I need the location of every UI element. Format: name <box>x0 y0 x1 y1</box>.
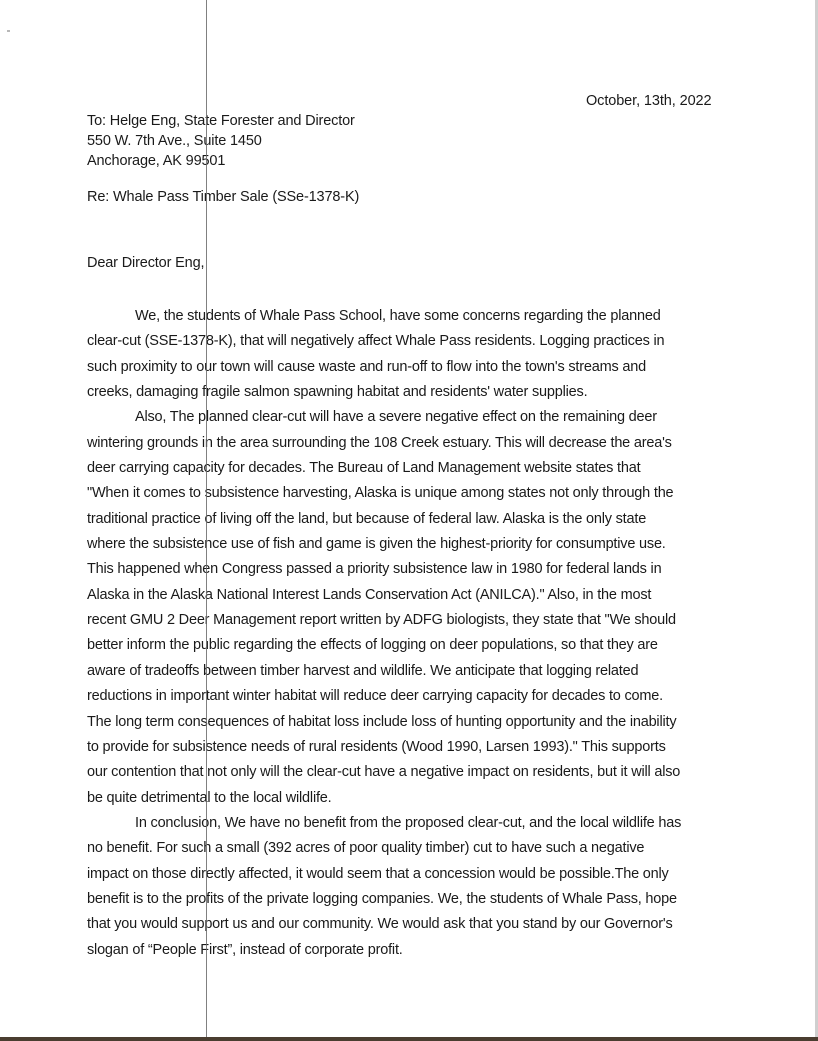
body-line: Also, The planned clear-cut will have a … <box>87 405 717 430</box>
letter-date: October, 13th, 2022 <box>586 93 711 109</box>
subject-line: Re: Whale Pass Timber Sale (SSe-1378-K) <box>87 189 359 205</box>
body-line: The long term consequences of habitat lo… <box>87 710 717 735</box>
body-line: our contention that not only will the cl… <box>87 760 717 785</box>
recipient-address: To: Helge Eng, State Forester and Direct… <box>87 111 355 171</box>
scan-artifact-line <box>206 0 207 1037</box>
scan-speck <box>7 30 10 32</box>
body-line: "When it comes to subsistence harvesting… <box>87 481 717 506</box>
body-line: to provide for subsistence needs of rura… <box>87 735 717 760</box>
body-line: We, the students of Whale Pass School, h… <box>87 304 717 329</box>
body-line: recent GMU 2 Deer Management report writ… <box>87 608 717 633</box>
body-line: In conclusion, We have no benefit from t… <box>87 811 717 836</box>
body-line: reductions in important winter habitat w… <box>87 684 717 709</box>
scanned-letter-page: October, 13th, 2022 To: Helge Eng, State… <box>0 0 815 1037</box>
body-line: be quite detrimental to the local wildli… <box>87 786 717 811</box>
body-line: traditional practice of living off the l… <box>87 507 717 532</box>
body-line: where the subsistence use of fish and ga… <box>87 532 717 557</box>
recipient-line: Anchorage, AK 99501 <box>87 151 355 171</box>
body-line: wintering grounds in the area surroundin… <box>87 431 717 456</box>
body-line: slogan of “People First”, instead of cor… <box>87 938 717 963</box>
body-line: deer carrying capacity for decades. The … <box>87 456 717 481</box>
body-line: that you would support us and our commun… <box>87 912 717 937</box>
body-line: Alaska in the Alaska National Interest L… <box>87 583 717 608</box>
letter-body: We, the students of Whale Pass School, h… <box>87 304 717 963</box>
body-line: aware of tradeoffs between timber harves… <box>87 659 717 684</box>
body-line: better inform the public regarding the e… <box>87 633 717 658</box>
viewer-bottom-bar <box>0 1037 818 1041</box>
body-line: impact on those directly affected, it wo… <box>87 862 717 887</box>
recipient-line: 550 W. 7th Ave., Suite 1450 <box>87 131 355 151</box>
recipient-line: To: Helge Eng, State Forester and Direct… <box>87 111 355 131</box>
body-line: creeks, damaging fragile salmon spawning… <box>87 380 717 405</box>
body-line: such proximity to our town will cause wa… <box>87 355 717 380</box>
body-line: benefit is to the profits of the private… <box>87 887 717 912</box>
salutation: Dear Director Eng, <box>87 255 204 271</box>
body-line: clear-cut (SSE-1378-K), that will negati… <box>87 329 717 354</box>
body-line: This happened when Congress passed a pri… <box>87 557 717 582</box>
body-line: no benefit. For such a small (392 acres … <box>87 836 717 861</box>
